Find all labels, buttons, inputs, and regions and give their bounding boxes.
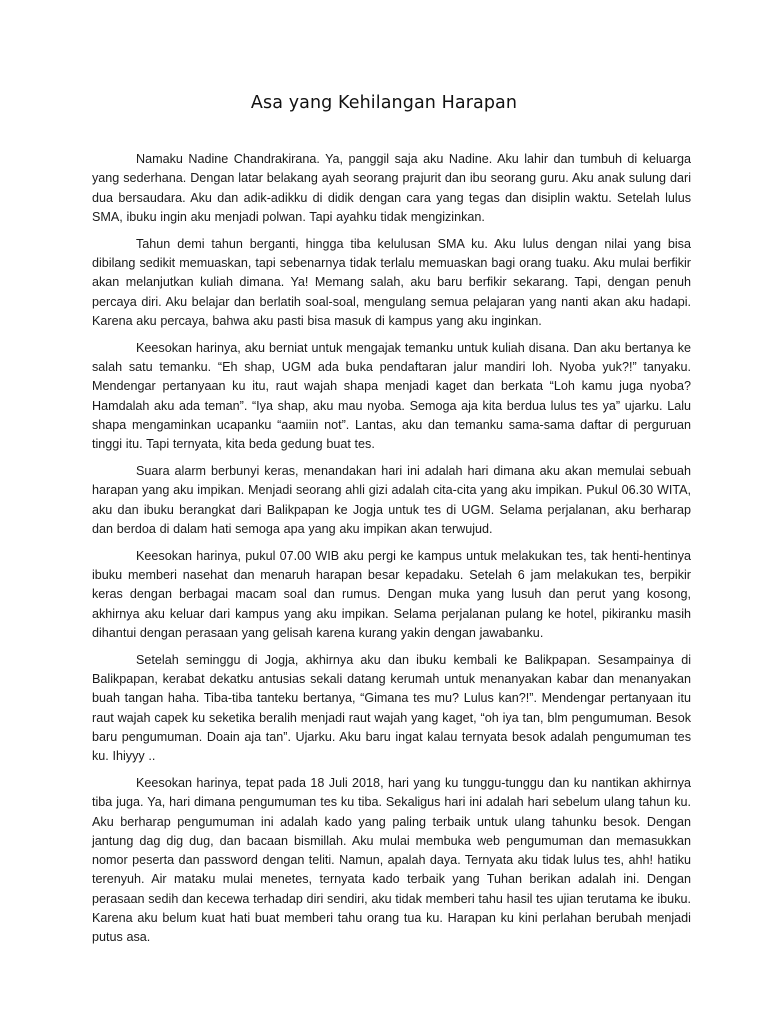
paragraph-4: Suara alarm berbunyi keras, menandakan h…	[92, 462, 691, 539]
paragraph-3: Keesokan harinya, aku berniat untuk meng…	[92, 339, 691, 455]
document-page: Asa yang Kehilangan Harapan Namaku Nadin…	[0, 0, 768, 1024]
document-body: Namaku Nadine Chandrakirana. Ya, panggil…	[92, 150, 691, 955]
paragraph-6: Setelah seminggu di Jogja, akhirnya aku …	[92, 651, 691, 767]
paragraph-1: Namaku Nadine Chandrakirana. Ya, panggil…	[92, 150, 691, 227]
document-title: Asa yang Kehilangan Harapan	[0, 93, 768, 113]
paragraph-2: Tahun demi tahun berganti, hingga tiba k…	[92, 235, 691, 331]
paragraph-5: Keesokan harinya, pukul 07.00 WIB aku pe…	[92, 547, 691, 643]
paragraph-7: Keesokan harinya, tepat pada 18 Juli 201…	[92, 774, 691, 948]
